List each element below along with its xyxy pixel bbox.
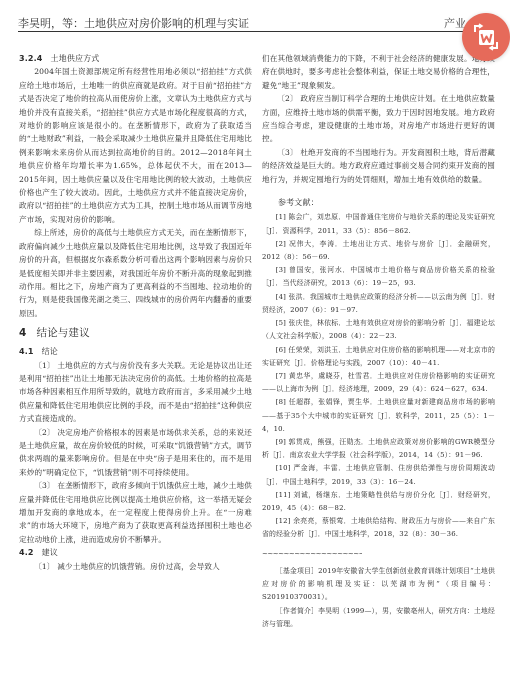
reference-item: [2] 况伟大，李涛．土地出让方式、地价与房价［J］．金融研究，2012（8）：…: [262, 238, 495, 264]
section-title: 土地供应方式: [51, 54, 100, 63]
running-header: 李昊明，等：土地供应对房价影响的机理与实证 产业: [18, 17, 496, 32]
left-column: 3.2.4土地供应方式 2004年国土资源部规定所有经营性用地必须以“招拍挂”方…: [19, 52, 252, 573]
section-number: 4.1: [19, 347, 34, 356]
section-title: 结论: [42, 347, 58, 356]
section-4-1-heading: 4.1结论: [19, 345, 252, 358]
reference-item: [5] 张庆佳，林依标．土地有效供应对房价的影响分析［J］．福建论坛（人文社会科…: [262, 317, 495, 343]
section-4-heading: 4结论与建议: [19, 325, 252, 342]
reference-item: [8] 任超群，张娟锋，贾生华．土地供应量对新建商品房市场的影响——基于35个大…: [262, 396, 495, 436]
fund-note: ［基金项目］2019年安徽省大学生创新创业教育训练计划项目“土地供应对房价的影响…: [262, 565, 495, 605]
suggestion-item: 〔1〕 减少土地供应的饥饿营销。房价过高，会导致人: [19, 560, 252, 573]
section-3-2-4-heading: 3.2.4土地供应方式: [19, 52, 252, 65]
paragraph-continued: 们在其他领域消费能力的下降，不利于社会经济的健康发展。地方政府在供地时，要多考虑…: [262, 52, 495, 92]
wps-translate-button[interactable]: [462, 13, 510, 61]
section-number: 4: [19, 327, 26, 339]
reference-item: [12] 余亮亮，蔡银莺．土地供给结构、财政压力与房价——来自广东省的经验分析［…: [262, 515, 495, 541]
author-note: ［作者简介］李昊明（1999—），男，安徽亳州人，研究方向：土地经济与管理。: [262, 605, 495, 631]
paragraph: 2004年国土资源部规定所有经营性用地必须以“招拍挂”方式供应给土地市场后，土地…: [19, 65, 252, 226]
right-column: 们在其他领域消费能力的下降，不利于社会经济的健康发展。地方政府在供地时，要多考虑…: [262, 52, 495, 631]
running-title: 李昊明，等：土地供应对房价影响的机理与实证: [18, 17, 249, 30]
conclusion-item: 〔2〕 决定房地产价格根本的因素是市场供求关系，总的来说还是土地供应量，故在房价…: [19, 426, 252, 480]
reference-item: [1] 陈会广，刘忠原．中国普通住宅房价与地价关系的理论及实证研究［J］．资源科…: [262, 211, 495, 237]
suggestion-item: 〔3〕 杜绝开发商的不当囤地行为。开发商囤积土地，背后潜藏的经济效益是巨大的。地…: [262, 146, 495, 186]
separator: ~~~~~~~~~~~~~~~~~~~~~~~~~~~~: [262, 548, 362, 561]
reference-item: [3] 曾国安，张河水．中国城市土地价格与商品房价格关系的检验［J］．当代经济研…: [262, 264, 495, 290]
section-4-2-heading: 4.2建议: [19, 546, 252, 559]
reference-item: [7] 黄忠华，虞晓芬，杜雪君．土地供应对住房价格影响的实证研究——以上海市为例…: [262, 370, 495, 396]
wps-translate-icon: [472, 23, 500, 51]
paragraph: 综上所述，房价的高低与土地供应方式无关，而在垄断情形下，政府偏向减少土地供应量以…: [19, 226, 252, 320]
references-heading: 参考文献：: [262, 196, 495, 209]
section-title: 建议: [42, 548, 58, 557]
reference-item: [11] 刘诚，杨继东．土地策略性供给与房价分化［J］．财经研究，2019，45…: [262, 489, 495, 515]
reference-item: [10] 严金海，丰雷．土地供应管制、住房供给弹性与房价周期波动［J］．中国土地…: [262, 462, 495, 488]
reference-item: [4] 张洪．我国城市土地供应政策的经济分析——以云南为例［J］．财贸经济，20…: [262, 291, 495, 317]
conclusion-item: 〔1〕 土地供应的方式与房价没有多大关联。无论是协议出让还是利用“招拍挂”出让土…: [19, 359, 252, 426]
reference-item: [9] 郭贯成，熊强，汪勋杰．土地供应政策对房价影响的GWR模型分析［J］．南京…: [262, 436, 495, 462]
section-number: 3.2.4: [19, 54, 43, 63]
suggestion-item: 〔2〕 政府应当制订科学合理的土地供应计划。在土地供应数量方面，应维持土地市场的…: [262, 92, 495, 146]
conclusion-item: 〔3〕 在垄断情形下，政府多倾向于饥饿供应土地，减少土地供应量并降低住宅用地供应…: [19, 479, 252, 546]
reference-item: [6] 任荣荣，刘洪玉．土地供应对住房价格的影响机理——对北京市的实证研究［J］…: [262, 344, 495, 370]
section-number: 4.2: [19, 548, 34, 557]
section-title: 结论与建议: [36, 327, 89, 339]
